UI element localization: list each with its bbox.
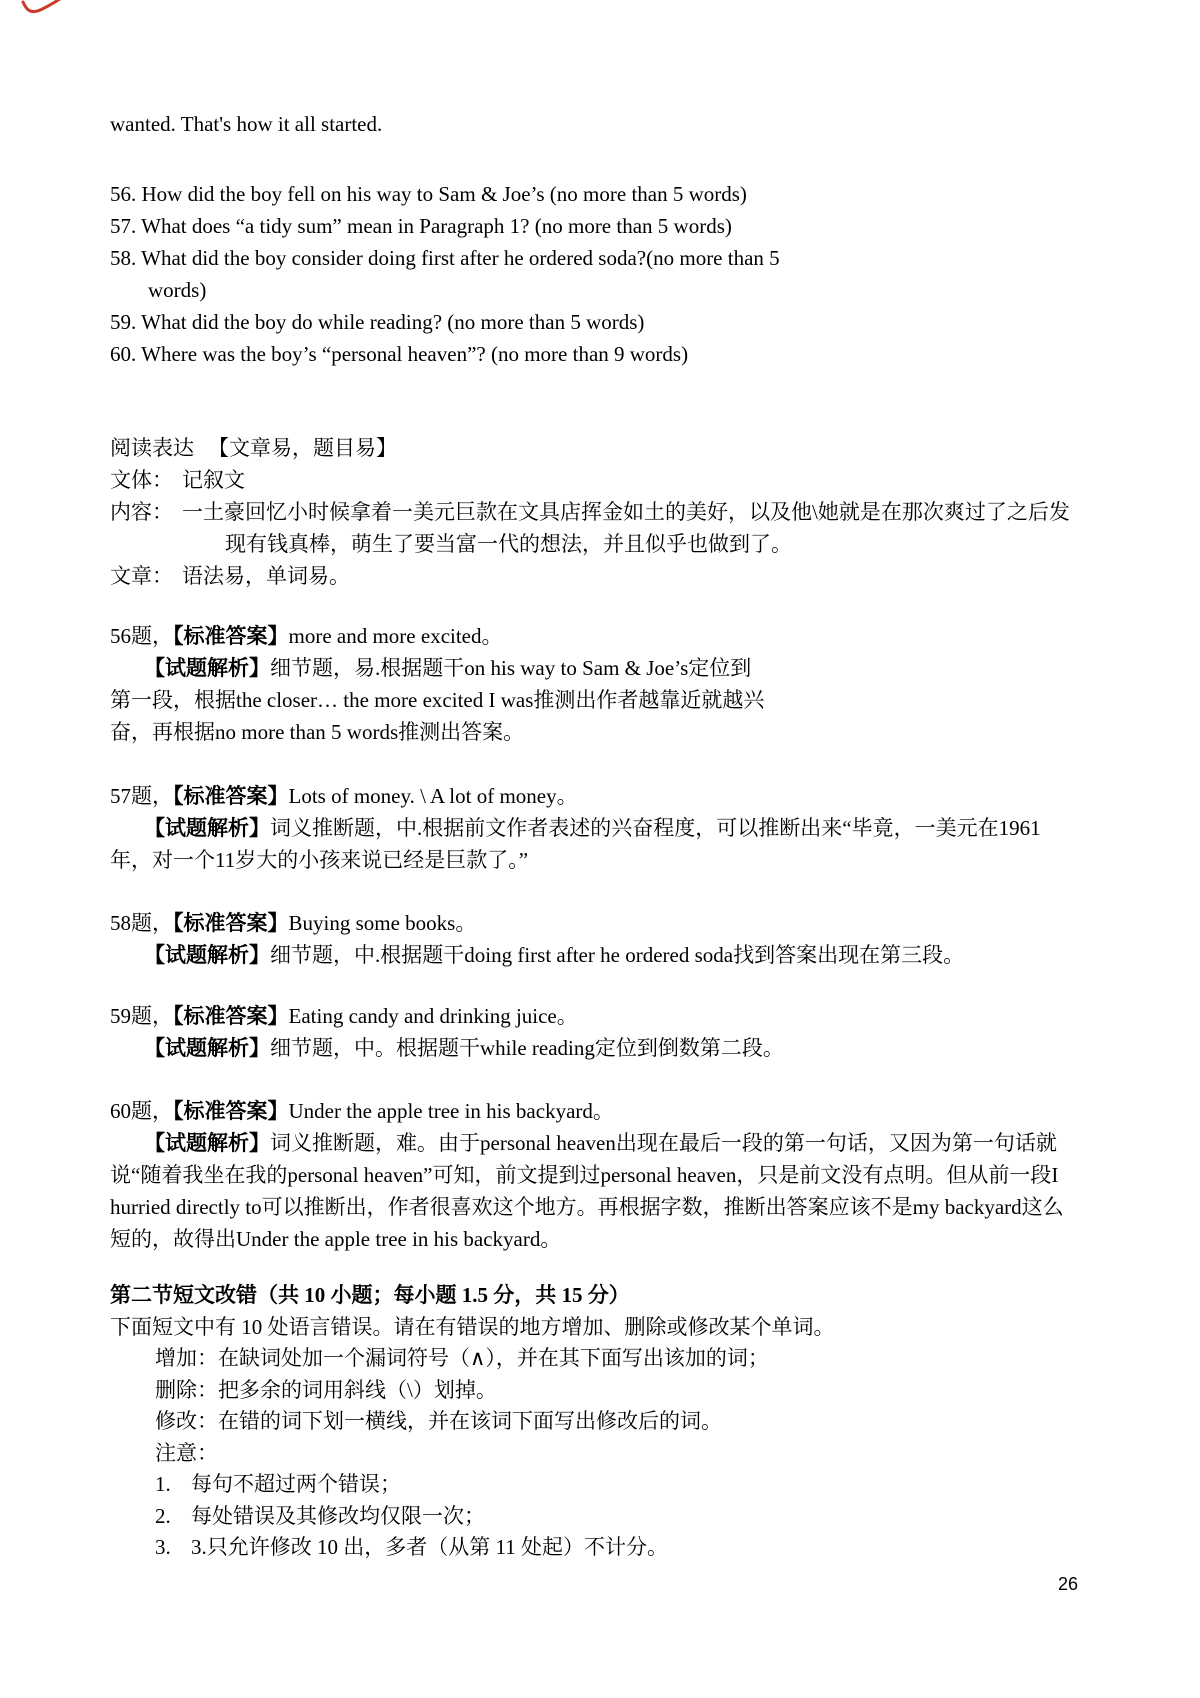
answer-text: more and more excited。 [289, 624, 503, 648]
note-text: 3.只允许修改 10 出，多者（从第 11 处起）不计分。 [191, 1535, 668, 1559]
overview-content-line1: 内容：一土豪回忆小时候拿着一美元巨款在文具店挥金如土的美好，以及他\她就是在那次… [110, 496, 1120, 528]
question-60: 60. Where was the boy’s “personal heaven… [110, 338, 1120, 370]
analysis-line: hurried directly to可以推断出，作者很喜欢这个地方。再根据字数… [110, 1191, 1120, 1223]
standard-answer-tag: 【标准答案】 [173, 1099, 289, 1123]
analysis-line: 【试题解析】词义推断题，难。由于personal heaven出现在最后一段的第… [110, 1127, 1120, 1159]
rule-modify: 修改：在错的词下划一横线，并在该词下面写出修改后的词。 [110, 1406, 1120, 1438]
note-num: 1. [155, 1469, 191, 1501]
overview-article: 文章：语法易，单词易。 [110, 560, 1120, 592]
rule-delete: 删除：把多余的词用斜线（\）划掉。 [110, 1375, 1120, 1407]
answer-text: Lots of money. \ A lot of money。 [289, 784, 578, 808]
red-pen-mark [20, 0, 64, 22]
passage-ending-line: wanted. That's how it all started. [110, 108, 1120, 140]
analysis-text: 细节题，易.根据题干on his way to Sam & Joe’s定位到 [270, 656, 751, 680]
analysis-tag: 【试题解析】 [144, 1036, 270, 1060]
analysis-line: 年，对一个11岁大的小孩来说已经是巨款了。” [110, 844, 1120, 876]
genre-label: 文体： [110, 464, 176, 496]
question-58-wrap: words) [110, 274, 1120, 306]
page-number: 26 [1058, 1572, 1078, 1596]
note-text: 每句不超过两个错误； [191, 1472, 401, 1496]
analysis-tag: 【试题解析】 [144, 656, 270, 680]
document-page: wanted. That's how it all started. 56. H… [0, 0, 1200, 1698]
question-56: 56. How did the boy fell on his way to S… [110, 178, 1120, 210]
note-1: 1.每句不超过两个错误； [110, 1469, 1120, 1501]
analysis-line: 【试题解析】细节题，中。根据题干while reading定位到倒数第二段。 [110, 1032, 1120, 1064]
answer-line: 58题，【标准答案】Buying some books。 [110, 907, 1120, 939]
note-label: 注意： [110, 1438, 1120, 1470]
overview-genre: 文体：记叙文 [110, 464, 1120, 496]
overview-content-line2: 现有钱真棒，萌生了要当富一代的想法，并且似乎也做到了。 [110, 528, 1120, 560]
answer-block-57: 57题，【标准答案】Lots of money. \ A lot of mone… [110, 780, 1120, 876]
question-57: 57. What does “a tidy sum” mean in Parag… [110, 210, 1120, 242]
answer-num: 59题， [110, 1004, 173, 1028]
answer-block-58: 58题，【标准答案】Buying some books。 【试题解析】细节题，中… [110, 907, 1120, 971]
answer-num: 60题， [110, 1099, 173, 1123]
section2-heading: 第二节短文改错（共 10 小题；每小题 1.5 分，共 15 分） [110, 1280, 1120, 1312]
overview-title-tag: 【文章易，题目易】 [208, 436, 397, 460]
answer-block-60: 60题，【标准答案】Under the apple tree in his ba… [110, 1095, 1120, 1255]
section2-intro: 下面短文中有 10 处语言错误。请在有错误的地方增加、删除或修改某个单词。 [110, 1312, 1120, 1344]
answer-block-56: 56题，【标准答案】more and more excited。 【试题解析】细… [110, 620, 1120, 748]
answer-num: 58题， [110, 911, 173, 935]
standard-answer-tag: 【标准答案】 [173, 911, 289, 935]
note-text: 每处错误及其修改均仅限一次； [191, 1504, 485, 1528]
rule-add: 增加：在缺词处加一个漏词符号（∧），并在其下面写出该加的词； [110, 1343, 1120, 1375]
analysis-text: 词义推断题，难。由于personal heaven出现在最后一段的第一句话，又因… [270, 1131, 1057, 1155]
analysis-text: 细节题，中。根据题干while reading定位到倒数第二段。 [270, 1036, 784, 1060]
answer-text: Under the apple tree in his backyard。 [289, 1099, 614, 1123]
analysis-tag: 【试题解析】 [144, 816, 270, 840]
analysis-line: 【试题解析】细节题，易.根据题干on his way to Sam & Joe’… [110, 652, 1120, 684]
analysis-tag: 【试题解析】 [144, 943, 270, 967]
analysis-line: 短的，故得出Under the apple tree in his backya… [110, 1223, 1120, 1255]
question-58: 58. What did the boy consider doing firs… [110, 242, 1120, 274]
analysis-line: 说“随着我坐在我的personal heaven”可知，前文提到过persona… [110, 1159, 1120, 1191]
questions-list: 56. How did the boy fell on his way to S… [110, 178, 1120, 370]
note-num: 3. [155, 1532, 191, 1564]
article-label: 文章： [110, 560, 176, 592]
answer-num: 56题， [110, 624, 173, 648]
section2-error-correction: 第二节短文改错（共 10 小题；每小题 1.5 分，共 15 分） 下面短文中有… [110, 1280, 1120, 1564]
analysis-text: 细节题，中.根据题干doing first after he ordered s… [270, 943, 964, 967]
question-59: 59. What did the boy do while reading? (… [110, 306, 1120, 338]
standard-answer-tag: 【标准答案】 [173, 1004, 289, 1028]
article-value: 语法易，单词易。 [182, 564, 350, 588]
content-value-line1: 一土豪回忆小时候拿着一美元巨款在文具店挥金如土的美好，以及他\她就是在那次爽过了… [182, 500, 1070, 524]
overview-title: 阅读表达【文章易，题目易】 [110, 432, 1120, 464]
analysis-line: 【试题解析】细节题，中.根据题干doing first after he ord… [110, 939, 1120, 971]
answer-line: 57题，【标准答案】Lots of money. \ A lot of mone… [110, 780, 1120, 812]
content-label: 内容： [110, 496, 176, 528]
answer-block-59: 59题，【标准答案】Eating candy and drinking juic… [110, 1000, 1120, 1064]
answer-line: 59题，【标准答案】Eating candy and drinking juic… [110, 1000, 1120, 1032]
note-num: 2. [155, 1501, 191, 1533]
analysis-tag: 【试题解析】 [144, 1131, 270, 1155]
analysis-line: 【试题解析】词义推断题，中.根据前文作者表述的兴奋程度，可以推断出来“毕竟，一美… [110, 812, 1120, 844]
analysis-line: 奋，再根据no more than 5 words推测出答案。 [110, 716, 1120, 748]
passage-overview: 阅读表达【文章易，题目易】 文体：记叙文 内容：一土豪回忆小时候拿着一美元巨款在… [110, 432, 1120, 592]
analysis-line: 第一段，根据the closer… the more excited I was… [110, 684, 1120, 716]
standard-answer-tag: 【标准答案】 [173, 784, 289, 808]
answer-line: 56题，【标准答案】more and more excited。 [110, 620, 1120, 652]
answer-text: Eating candy and drinking juice。 [289, 1004, 578, 1028]
answer-line: 60题，【标准答案】Under the apple tree in his ba… [110, 1095, 1120, 1127]
note-3: 3.3.只允许修改 10 出，多者（从第 11 处起）不计分。 [110, 1532, 1120, 1564]
answer-text: Buying some books。 [289, 911, 477, 935]
passage-ending: wanted. That's how it all started. [110, 108, 1120, 140]
analysis-text: 词义推断题，中.根据前文作者表述的兴奋程度，可以推断出来“毕竟，一美元在1961 [270, 816, 1041, 840]
overview-title-label: 阅读表达 [110, 436, 194, 460]
answer-num: 57题， [110, 784, 173, 808]
genre-value: 记叙文 [182, 468, 245, 492]
standard-answer-tag: 【标准答案】 [173, 624, 289, 648]
note-2: 2.每处错误及其修改均仅限一次； [110, 1501, 1120, 1533]
